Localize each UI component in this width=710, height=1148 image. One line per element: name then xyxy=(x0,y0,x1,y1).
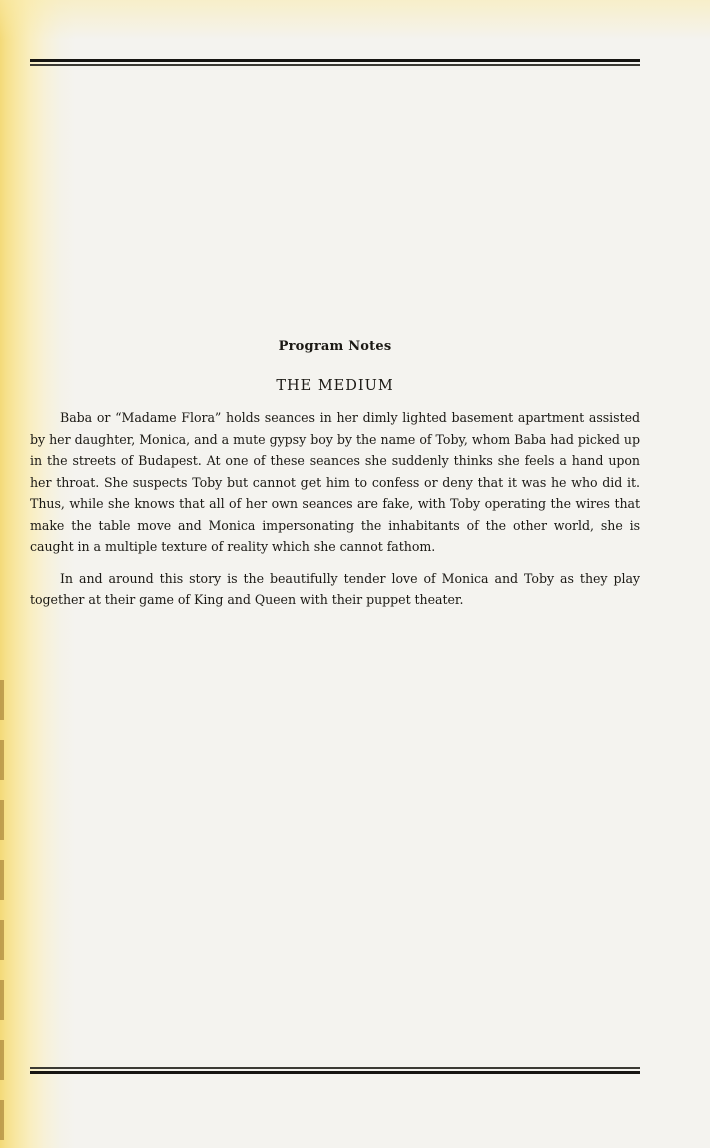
synopsis-paragraph: Baba or “Madame Flora” holds seances in … xyxy=(30,407,640,558)
opera-title: THE MEDIUM xyxy=(30,375,640,397)
section-heading: Program Notes xyxy=(30,335,640,359)
program-notes-section: Program Notes THE MEDIUM Baba or “Madame… xyxy=(30,335,640,611)
synopsis-paragraph: In and around this story is the beautifu… xyxy=(30,568,640,611)
top-double-rule xyxy=(30,59,640,66)
bottom-double-rule xyxy=(30,1067,640,1074)
rule-thin-line xyxy=(30,64,640,66)
binding-edge-marks xyxy=(0,680,4,1148)
page-top-tint xyxy=(0,0,710,40)
rule-thick-line xyxy=(30,1071,640,1074)
